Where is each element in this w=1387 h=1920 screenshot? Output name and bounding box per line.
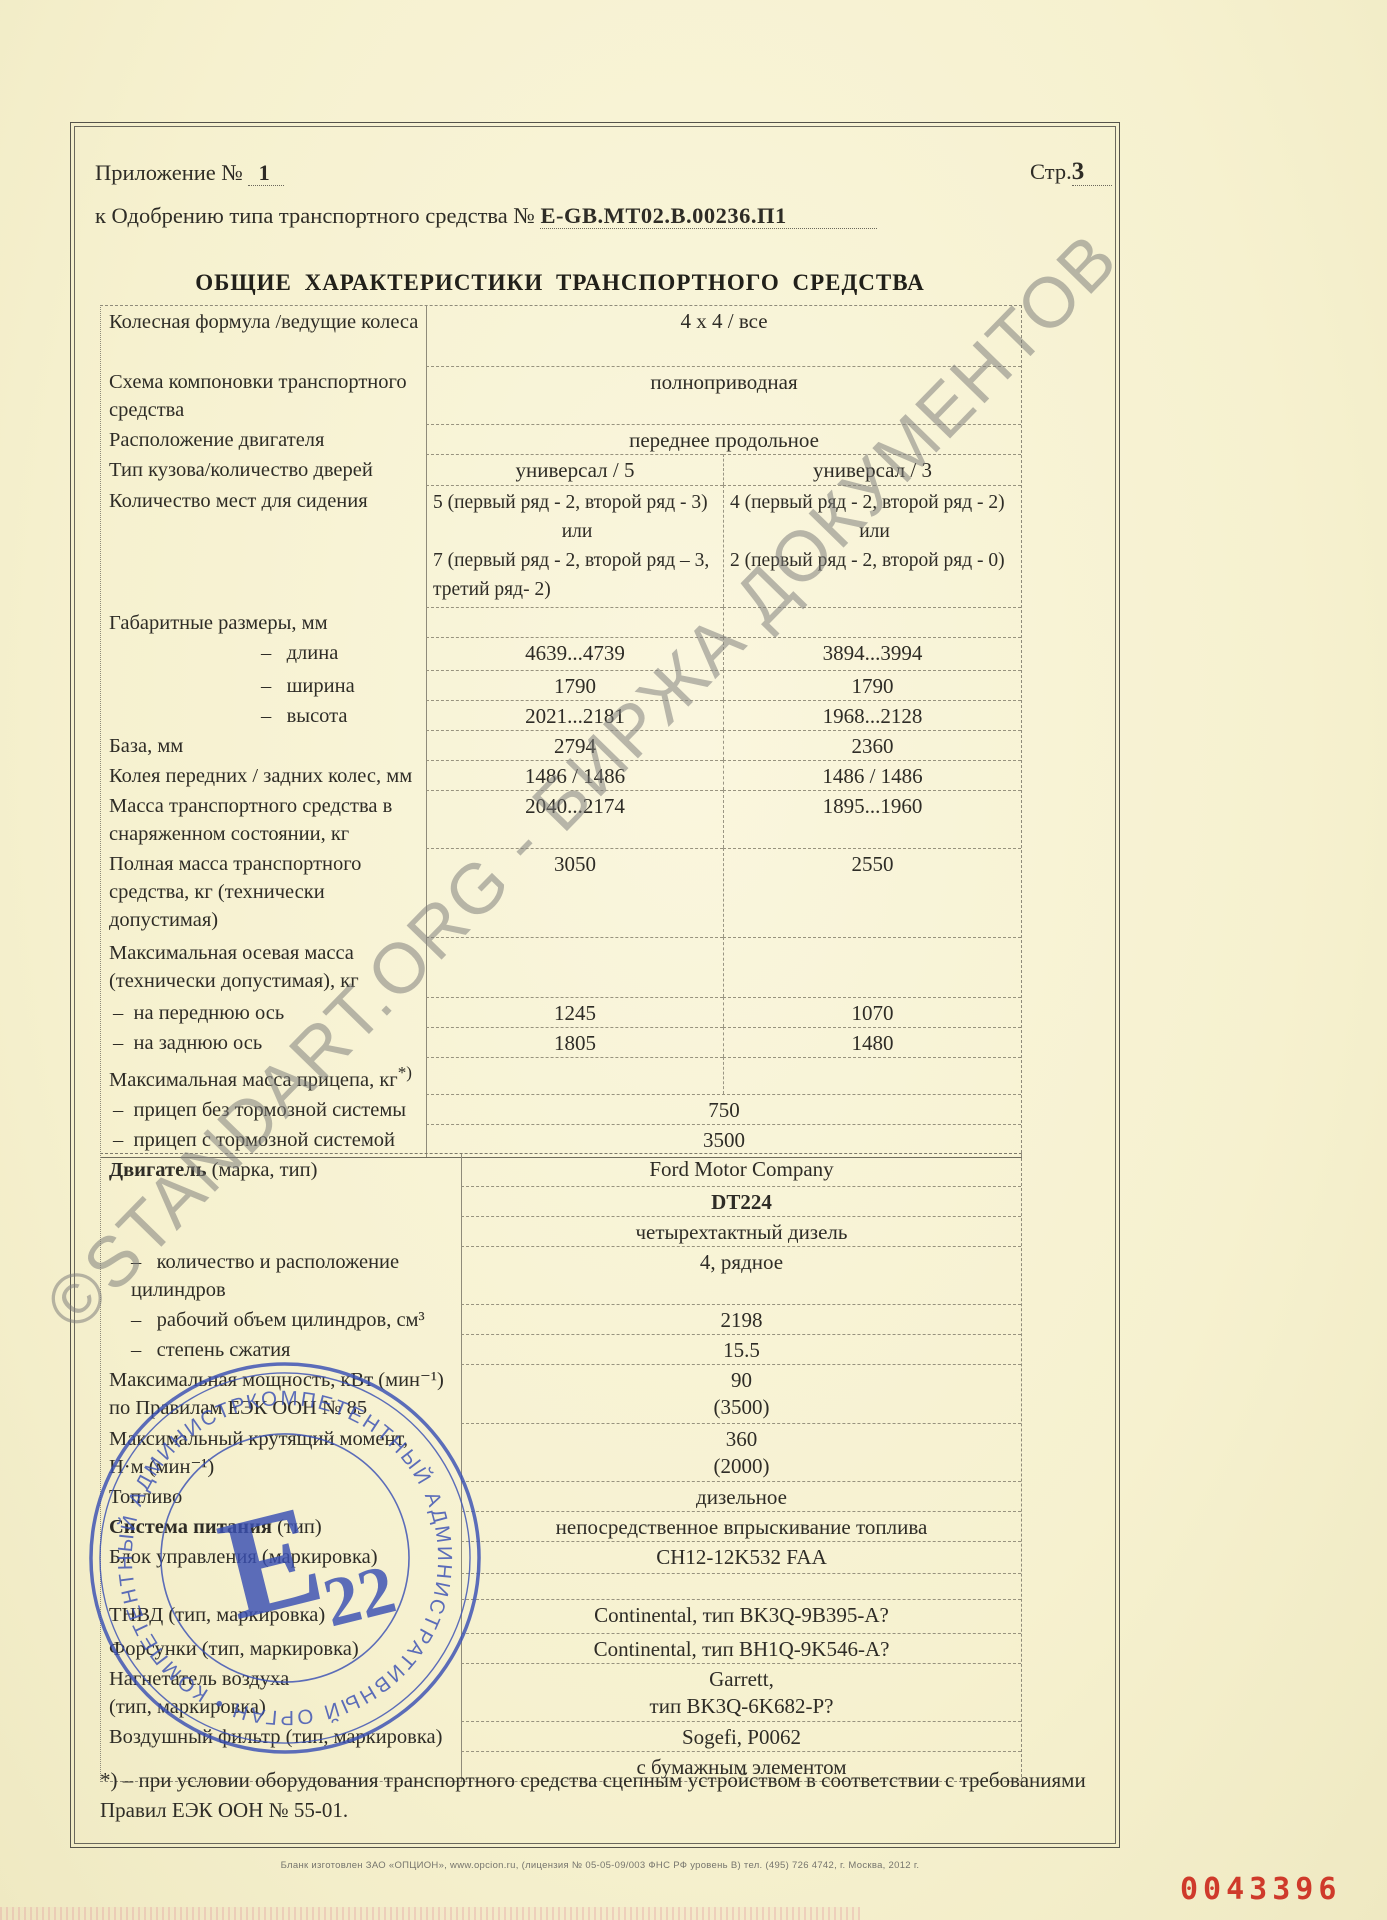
table-row: Габаритные размеры, мм: [101, 607, 1021, 637]
row-label: – рабочий объем цилиндров, см³: [101, 1304, 461, 1334]
row-value-variant2: 1790: [723, 670, 1021, 700]
page-label: Стр.: [1030, 159, 1072, 184]
row-value: Continental, тип BH1Q-9K546-A?: [461, 1633, 1021, 1663]
row-value-variant1: 1805: [426, 1027, 723, 1057]
row-value-variant2: 1070: [723, 997, 1021, 1027]
table-row: – рабочий объем цилиндров, см³ 2198: [101, 1304, 1021, 1334]
footnote-marker: *): [398, 1063, 412, 1082]
row-label: Расположение двигателя: [101, 424, 426, 454]
empty-cell: [461, 1573, 1021, 1599]
table-row: – длина 4639...4739 3894...3994: [101, 637, 1021, 670]
appendix-number: 1: [248, 160, 283, 186]
empty-cell: [723, 937, 1021, 997]
table-row: – на заднюю ось 1805 1480: [101, 1027, 1021, 1057]
approval-number: E-GB.MT02.B.00236.П1: [540, 203, 876, 229]
row-value: CH12-12K532 FAA: [461, 1541, 1021, 1573]
row-value: 15.5: [461, 1334, 1021, 1364]
row-label: Габаритные размеры, мм: [101, 607, 426, 637]
table-row: – на переднюю ось 1245 1070: [101, 997, 1021, 1027]
appendix-label: Приложение №: [95, 160, 243, 185]
page-number-line: Стр.3: [1030, 158, 1112, 186]
row-value-variant2: 1895...1960: [723, 790, 1021, 848]
row-label: Тип кузова/количество дверей: [101, 454, 426, 485]
row-label: Колея передних / задних колес, мм: [101, 760, 426, 790]
row-label: База, мм: [101, 730, 426, 760]
row-value: 4 х 4 / все: [426, 306, 1021, 366]
row-value: Continental, тип BK3Q-9B395-A?: [461, 1599, 1021, 1633]
row-label: Колесная формула /ведущие колеса: [101, 306, 426, 366]
row-value: непосредственное впрыскивание топлива: [461, 1511, 1021, 1541]
row-value: Ford Motor Company: [461, 1154, 1021, 1186]
table-row: – высота 2021...2181 1968...2128: [101, 700, 1021, 730]
approval-line: к Одобрению типа транспортного средства …: [95, 203, 877, 229]
row-value-variant1: 5 (первый ряд - 2, второй ряд - 3) или 7…: [426, 485, 723, 607]
row-value: 750: [426, 1094, 1021, 1124]
table-row: Колесная формула /ведущие колеса 4 х 4 /…: [101, 306, 1021, 366]
serial-number: 0043396: [1180, 1872, 1341, 1907]
row-value-variant1: универсал / 5: [426, 454, 723, 485]
footnote: *) – при условии оборудования транспортн…: [100, 1765, 1105, 1825]
row-value: 3500: [426, 1124, 1021, 1157]
row-value: 360 (2000): [461, 1423, 1021, 1481]
empty-cell: [426, 1057, 723, 1094]
stamp-center-letter: Е: [206, 1473, 336, 1649]
stamp-center-number: 22: [316, 1551, 403, 1643]
row-label: Количество мест для сидения: [101, 485, 426, 607]
row-value-variant2: 2360: [723, 730, 1021, 760]
row-value: четырехтактный дизель: [461, 1216, 1021, 1246]
table-row: – ширина 1790 1790: [101, 670, 1021, 700]
table-row: Максимальная осевая масса (технически до…: [101, 937, 1021, 997]
row-label: Схема компоновки транспортного средства: [101, 366, 426, 424]
row-label: – длина: [101, 637, 426, 670]
row-value: 2198: [461, 1304, 1021, 1334]
appendix-line: Приложение № 1: [95, 160, 284, 186]
row-value: Garrett, тип BK3Q-6K682-P?: [461, 1663, 1021, 1721]
row-label: – ширина: [101, 670, 426, 700]
row-label: Полная масса транспортного средства, кг …: [101, 848, 426, 937]
row-value: Sogefi, P0062: [461, 1721, 1021, 1751]
row-value-variant2: 1486 / 1486: [723, 760, 1021, 790]
row-value: 4, рядное: [461, 1246, 1021, 1304]
table-row: – количество и расположение цилиндров 4,…: [101, 1246, 1021, 1304]
printer-imprint: Бланк изготовлен ЗАО «ОПЦИОН», www.opcio…: [100, 1860, 1100, 1871]
row-label: – высота: [101, 700, 426, 730]
document-title: ОБЩИЕ ХАРАКТЕРИСТИКИ ТРАНСПОРТНОГО СРЕДС…: [100, 270, 1020, 296]
row-value-variant2: 1480: [723, 1027, 1021, 1057]
row-value-variant2: 1968...2128: [723, 700, 1021, 730]
row-value: 90 (3500): [461, 1364, 1021, 1423]
approval-stamp: КОМПЕТЕНТНЫЙ АДМИНИСТРАТИВНЫЙ ОРГАН • КО…: [85, 1358, 485, 1758]
row-value-variant1: 1245: [426, 997, 723, 1027]
row-value-variant2: 2550: [723, 848, 1021, 937]
row-label: Масса транспортного средства в снаряженн…: [101, 790, 426, 848]
row-value: DT224: [461, 1186, 1021, 1216]
page-number: 3: [1072, 158, 1113, 186]
approval-prefix: к Одобрению типа транспортного средства …: [95, 203, 535, 228]
guilloche-band: [0, 1907, 860, 1920]
empty-cell: [723, 1057, 1021, 1094]
table-row: четырехтактный дизель: [101, 1216, 1021, 1246]
row-value: дизельное: [461, 1481, 1021, 1511]
document-page: Приложение № 1 Стр.3 к Одобрению типа тр…: [0, 0, 1387, 1920]
